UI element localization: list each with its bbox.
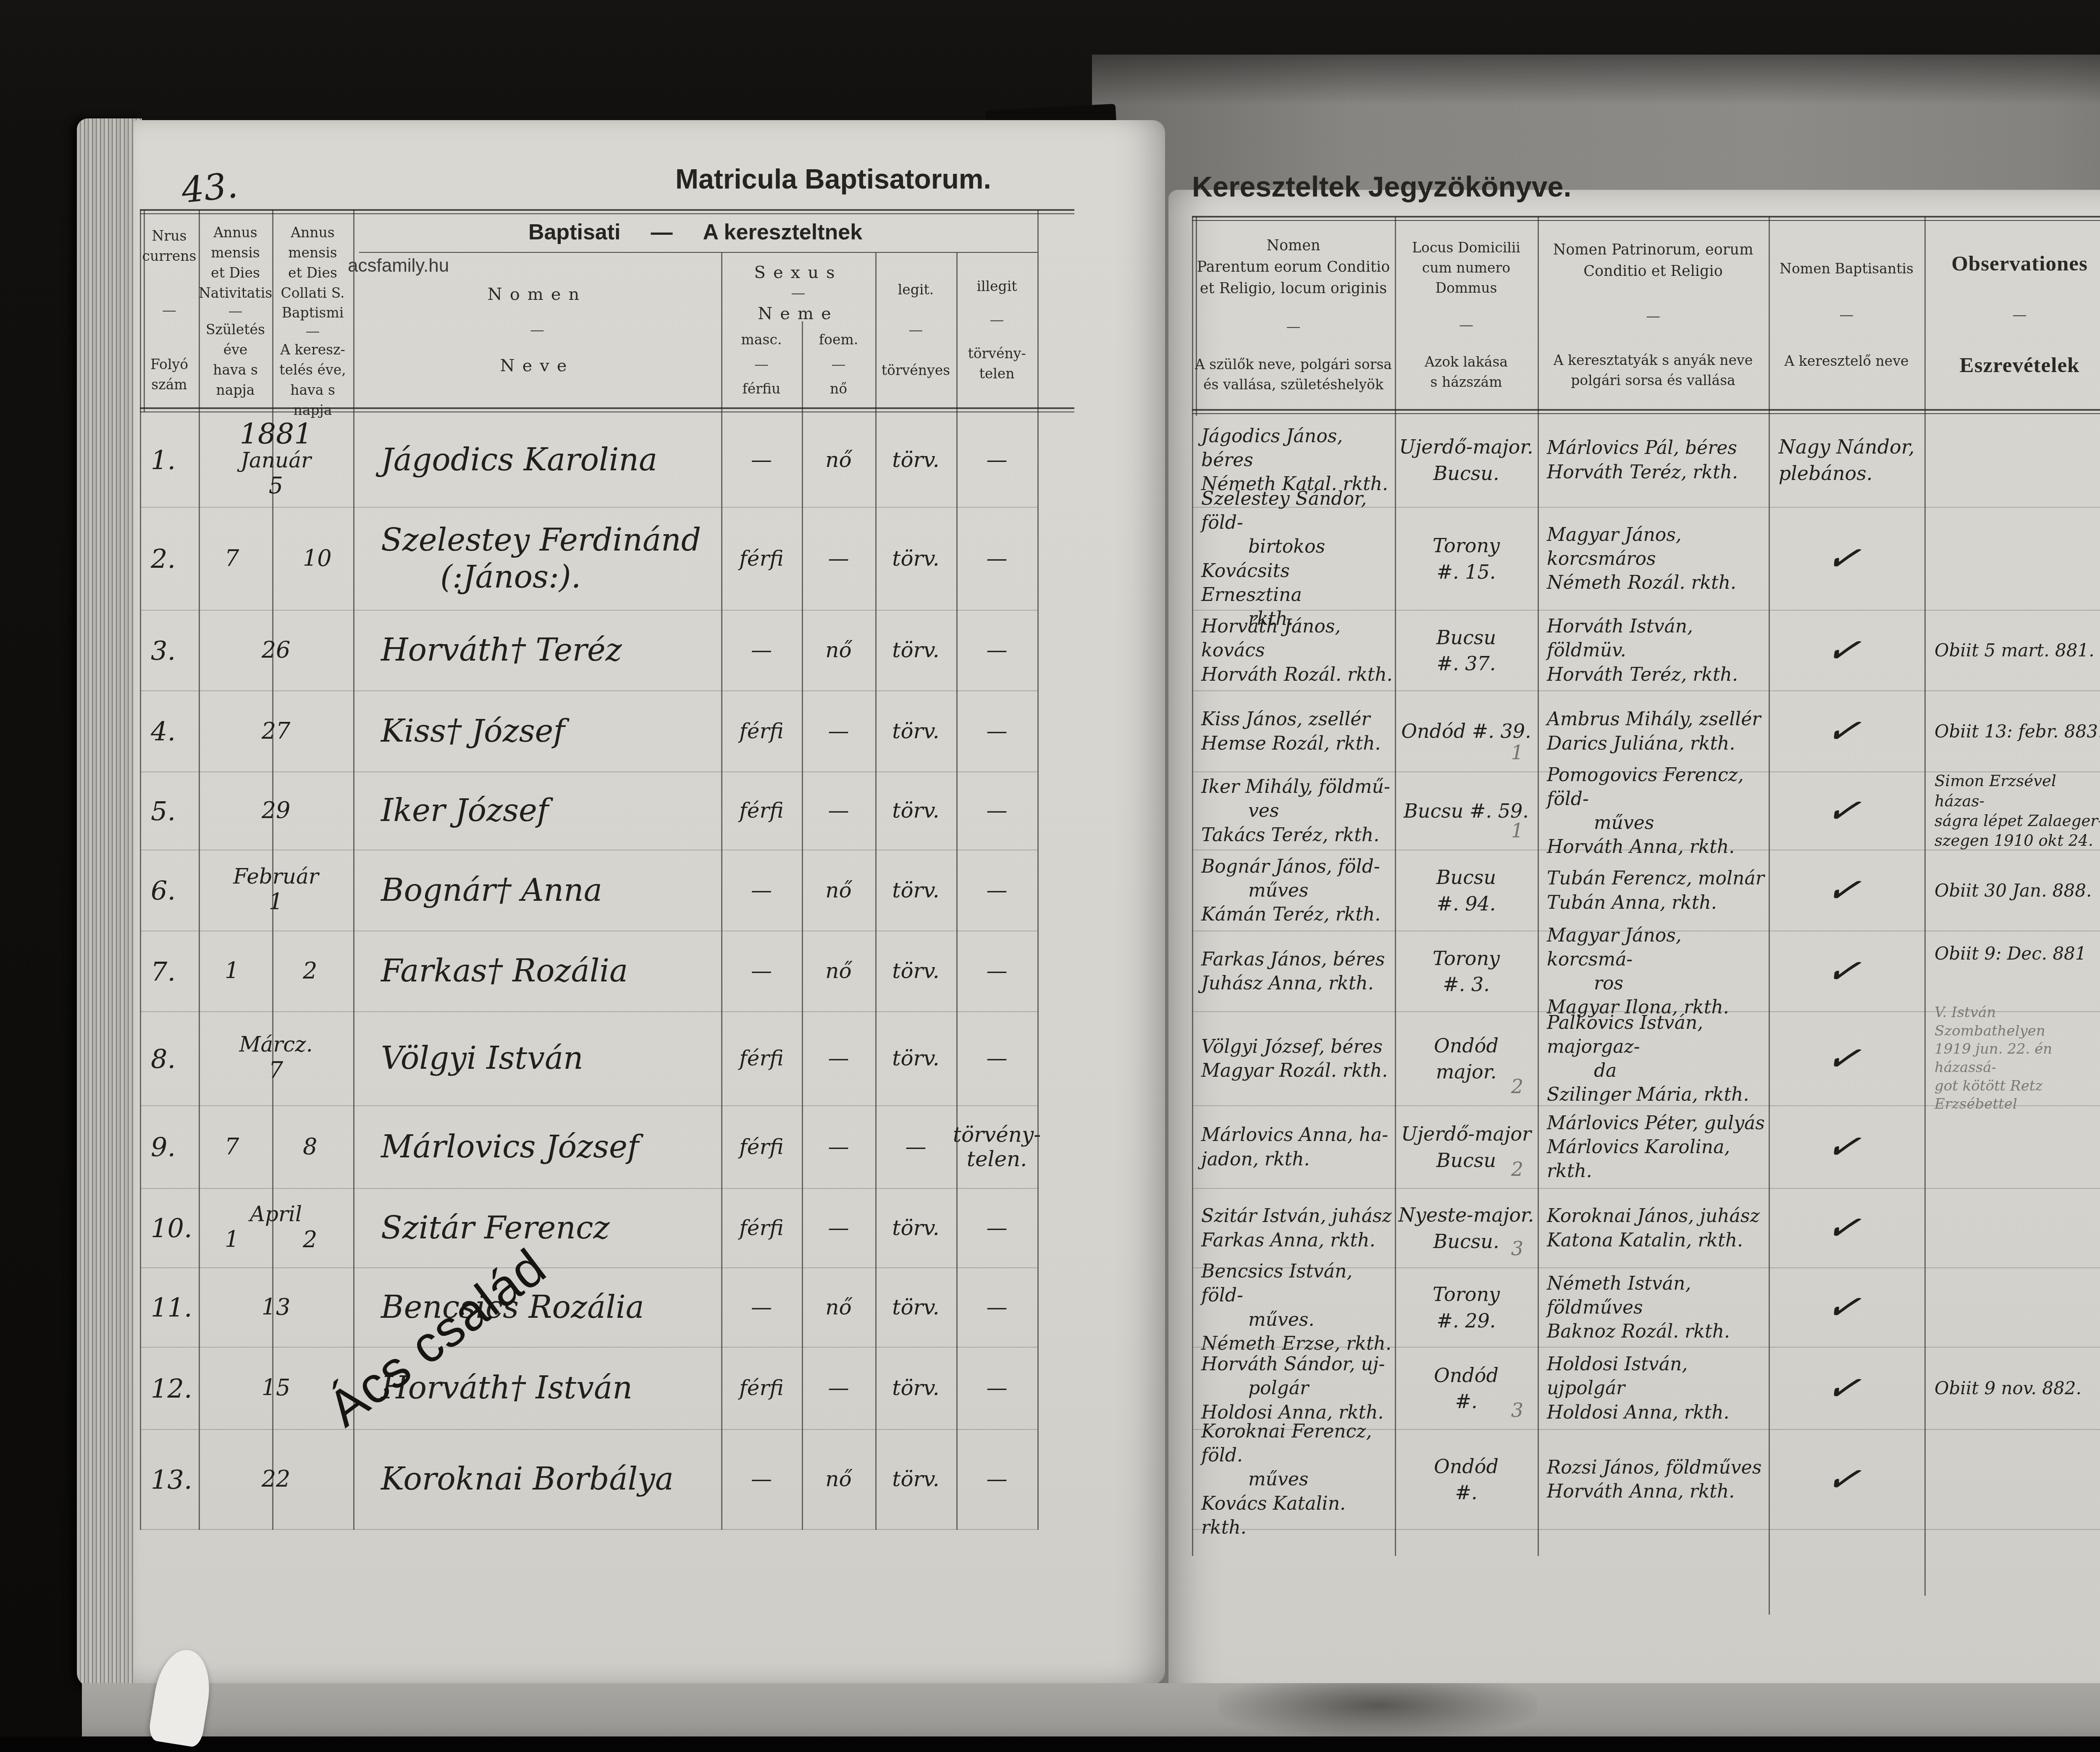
legitimate: törv. [875, 931, 956, 1011]
parents: Bencsics István, föld- műves. Németh Erz… [1192, 1268, 1395, 1347]
baptizer-cell: ✓ [1769, 1106, 1924, 1188]
sex-male: — [721, 611, 802, 690]
page-stack-edges [77, 118, 142, 1687]
sex-male: — [721, 413, 802, 507]
checkmark: ✓ [1820, 787, 1873, 835]
day-values: 1 2 [199, 1226, 353, 1254]
register-row-left: 9. 7 8 Márlovics József férfi — — törvén… [140, 1106, 1037, 1189]
header-col-godparents: Nomen Patrinorum, eorum Conditio et Reli… [1538, 221, 1769, 409]
header-col-sexus: Sexus — Neme [721, 253, 875, 321]
pencil-number: 2 [1511, 1156, 1523, 1182]
year-value: 1881 [239, 420, 312, 448]
checkmark: ✓ [1820, 1034, 1873, 1083]
register-row-right: Kiss János, zsellér Hemse Rozál, rkth. O… [1192, 691, 2100, 772]
row-number: 7. [140, 931, 199, 1011]
checkmark: ✓ [1820, 1123, 1873, 1172]
register-row-left: 7. 1 2 Farkas† Rozália — nő törv. — [140, 931, 1037, 1012]
baptizer-name: Nagy Nándor, plebános. [1779, 434, 1915, 486]
pencil-number: 1 [1511, 818, 1523, 844]
residence-text: Torony #. 15. [1433, 532, 1500, 585]
birth-day: 7 [225, 1133, 239, 1160]
day-values: 26 [199, 637, 353, 664]
godparents: Koroknai János, juhász Katona Katalin, r… [1538, 1189, 1769, 1267]
checkmark: ✓ [1820, 1364, 1873, 1413]
child-name: Szelestey Ferdinánd (:János:). [353, 508, 721, 610]
date-cell: 27 [199, 691, 353, 771]
baptism-day: 10 [303, 545, 332, 572]
illegitimate: — [956, 691, 1037, 771]
child-name: Szitár Ferencz [353, 1189, 721, 1267]
sex-male: — [721, 931, 802, 1011]
child-name: Völgyi István [353, 1012, 721, 1105]
baptizer-cell: ✓ [1769, 1348, 1924, 1429]
checkmark: ✓ [1820, 707, 1873, 756]
table-body-left: 1. 1881 Január 5 Jágodics Karolina — nő … [140, 413, 1037, 1530]
pencil-number: 2 [1511, 1073, 1523, 1099]
parents: Szitár István, juhász Farkas Anna, rkth. [1192, 1189, 1395, 1267]
residence-text: Torony #. 29. [1433, 1281, 1500, 1333]
date-cell: 1881 Január 5 [199, 413, 353, 507]
register-row-left: 1. 1881 Január 5 Jágodics Karolina — nő … [140, 413, 1037, 508]
row-number: 8. [140, 1012, 199, 1105]
register-row-right: Szitár István, juhász Farkas Anna, rkth.… [1192, 1189, 2100, 1268]
residence-text: Ujerdő-major. Bucsu. [1399, 434, 1533, 486]
day-values: 27 [199, 718, 353, 745]
godparents: Magyar János, korcsmá- ros Magyar Ilona,… [1538, 931, 1769, 1011]
sex-female: — [802, 1106, 875, 1188]
register-row-left: 11. 13 Bencsics Rozália — nő törv. — [140, 1268, 1037, 1348]
row-number: 6. [140, 850, 199, 931]
baptism-day: 2 [303, 957, 317, 984]
book-scan: 43. Matricula Baptisatorum. Kereszteltek… [0, 0, 2100, 1752]
illegitimate: — [956, 1012, 1037, 1105]
parents: Völgyi József, béres Magyar Rozál. rkth. [1192, 1012, 1395, 1105]
sex-female: — [802, 1189, 875, 1267]
sex-male: férfi [721, 691, 802, 771]
register-row-left: 3. 26 Horváth† Teréz — nő törv. — [140, 611, 1037, 691]
sex-male: — [721, 850, 802, 931]
godparents: Márlovics Pál, béres Horváth Teréz, rkth… [1538, 413, 1769, 507]
residence: Ujerdő-major Bucsu 2 [1395, 1106, 1538, 1188]
sex-male: férfi [721, 508, 802, 610]
date-cell: 26 [199, 611, 353, 690]
checkmark: ✓ [1820, 1283, 1873, 1332]
godparents: Pomogovics Ferencz, föld- műves Horváth … [1538, 772, 1769, 850]
observation [1924, 1268, 2100, 1347]
illegitimate: — [956, 1189, 1037, 1267]
legitimate: törv. [875, 413, 956, 507]
rule [1192, 216, 2100, 218]
register-row-right: Márlovics Anna, ha- jadon, rkth. Ujerdő-… [1192, 1106, 2100, 1189]
header-col-birth: Annus mensis et Dies Nativitatis — Szüle… [199, 213, 272, 407]
register-row-right: Horváth János, kovács Horváth Rozál. rkt… [1192, 611, 2100, 691]
birth-day: 1 [225, 1226, 239, 1253]
observation: Obiit 9 nov. 882. [1924, 1348, 2100, 1429]
header-col-masc: masc. — férfiu [721, 321, 802, 407]
left-page-title: Matricula Baptisatorum. [675, 163, 991, 195]
backing-shade [1092, 55, 2100, 105]
column-line [1037, 210, 1039, 1530]
residence-text: Ondód #. [1434, 1362, 1499, 1414]
day-values: 1 2 [199, 957, 353, 985]
pencil-number: 3 [1511, 1235, 1523, 1262]
residence: Ujerdő-major. Bucsu. [1395, 413, 1538, 507]
bottom-page-block-edge [82, 1683, 2100, 1739]
residence: Bucsu #. 37. [1395, 611, 1538, 690]
residence-text: Bucsu #. 94. [1436, 864, 1496, 916]
single-day: 13 [199, 1294, 353, 1320]
observation: Obiit 30 Jan. 888. [1924, 850, 2100, 931]
residence: Torony #. 15. [1395, 508, 1538, 610]
page-number: 43. [179, 164, 239, 211]
parents: Horváth Sándor, uj- polgár Holdosi Anna,… [1192, 1348, 1395, 1429]
illegitimate: — [956, 772, 1037, 850]
birth-day: 1 [225, 957, 239, 984]
register-row-left: 5. 29 Iker József férfi — törv. — [140, 772, 1037, 850]
illegitimate: — [956, 508, 1037, 610]
godparents: Ambrus Mihály, zsellér Darics Juliána, r… [1538, 691, 1769, 771]
sex-male: férfi [721, 772, 802, 850]
legitimate: törv. [875, 611, 956, 690]
illegitimate: — [956, 1348, 1037, 1429]
observation [1924, 1430, 2100, 1529]
baptizer-cell: ✓ [1769, 691, 1924, 771]
illegitimate: törvény- telen. [956, 1106, 1037, 1188]
residence-text: Bucsu #. 59. [1404, 798, 1529, 824]
child-name: Horváth† Teréz [353, 611, 721, 690]
baptizer-cell: ✓ [1769, 850, 1924, 931]
date-cell: 29 [199, 772, 353, 850]
day-values: 1 [199, 889, 353, 916]
baptizer-cell: ✓ [1769, 611, 1924, 690]
header-col-parents: Nomen Parentum eorum Conditio et Religio… [1192, 221, 1395, 409]
row-number: 3. [140, 611, 199, 690]
single-day: 29 [199, 797, 353, 824]
register-row-left: 12. 15 Horváth† István férfi — törv. — [140, 1348, 1037, 1430]
day-values: 5 [199, 472, 353, 500]
residence-text: Ondód #. [1434, 1453, 1499, 1505]
register-row-left: 6. Február 1 Bognár† Anna — nő törv. — [140, 850, 1037, 931]
right-page-title: Kereszteltek Jegyzökönyve. [1192, 170, 1571, 203]
legitimate: törv. [875, 1189, 956, 1267]
date-cell: 13 [199, 1268, 353, 1347]
illegitimate: — [956, 413, 1037, 507]
legitimate: törv. [875, 508, 956, 610]
baptizer-cell: ✓ [1769, 508, 1924, 610]
header-col-illegit: illegit — törvény- telen [956, 253, 1037, 407]
table-body-right: Jágodics János, béres Németh Katal. rkth… [1192, 413, 2100, 1530]
residence: Torony #. 3. [1395, 931, 1538, 1011]
date-cell: 7 8 [199, 1106, 353, 1188]
month-value: April [250, 1202, 302, 1227]
observation [1924, 1189, 2100, 1267]
godparents: Márlovics Péter, gulyás Márlovics Karoli… [1538, 1106, 1769, 1188]
sex-female: — [802, 772, 875, 850]
birth-day: 7 [225, 545, 239, 572]
sex-male: — [721, 1430, 802, 1529]
register-row-right: Völgyi József, béres Magyar Rozál. rkth.… [1192, 1012, 2100, 1106]
observation: Simon Erzsével házas- ságra lépet Zalaeg… [1924, 772, 2100, 850]
day-values: 22 [199, 1466, 353, 1493]
sex-female: nő [802, 413, 875, 507]
parents: Bognár János, föld- műves Kámán Teréz, r… [1192, 850, 1395, 931]
pencil-number: 3 [1511, 1397, 1523, 1423]
register-row-left: 10. April 1 2 Szitár Ferencz férfi — tör… [140, 1189, 1037, 1268]
sex-female: — [802, 1348, 875, 1429]
godparents: Rozsi János, földműves Horváth Anna, rkt… [1538, 1430, 1769, 1529]
residence: Torony #. 29. [1395, 1268, 1538, 1347]
observation [1924, 413, 2100, 507]
godparents: Magyar János, korcsmáros Németh Rozál. r… [1538, 508, 1769, 610]
row-number: 4. [140, 691, 199, 771]
row-number: 10. [140, 1189, 199, 1267]
parents: Iker Mihály, földmű- ves Takács Teréz, r… [1192, 772, 1395, 850]
sex-male: — [721, 1268, 802, 1347]
single-day: 1 [199, 889, 353, 915]
row-number: 13. [140, 1430, 199, 1529]
row-number: 9. [140, 1106, 199, 1188]
baptizer-cell: Nagy Nándor, plebános. [1769, 413, 1924, 507]
day-values: 7 [199, 1057, 353, 1085]
sex-female: nő [802, 611, 875, 690]
parents: Márlovics Anna, ha- jadon, rkth. [1192, 1106, 1395, 1188]
residence: Ondód #. [1395, 1430, 1538, 1529]
child-name: Iker József [353, 772, 721, 850]
day-values: 7 10 [199, 545, 353, 573]
register-row-right: Horváth Sándor, uj- polgár Holdosi Anna,… [1192, 1348, 2100, 1430]
residence: Ondód #. 3 [1395, 1348, 1538, 1429]
baptism-day: 2 [303, 1226, 317, 1253]
baptizer-cell: ✓ [1769, 1012, 1924, 1105]
child-name: Kiss† József [353, 691, 721, 771]
sex-female: — [802, 508, 875, 610]
bottom-margin [0, 1736, 2100, 1752]
register-row-right: Farkas János, béres Juhász Anna, rkth. T… [1192, 931, 2100, 1012]
checkmark: ✓ [1820, 866, 1873, 915]
rule [140, 209, 1074, 211]
header-col-observations: Observationes — Eszrevételek [1924, 221, 2100, 409]
baptizer-cell: ✓ [1769, 772, 1924, 850]
checkmark: ✓ [1820, 947, 1873, 996]
parents: Koroknai Ferencz, föld. műves Kovács Kat… [1192, 1430, 1395, 1529]
illegitimate: — [956, 1430, 1037, 1529]
baptizer-cell: ✓ [1769, 931, 1924, 1011]
header-col-baptism: Annus mensis et Dies Collati S. Baptismi… [272, 213, 353, 407]
day-values: 29 [199, 797, 353, 825]
checkmark: ✓ [1820, 1455, 1873, 1504]
parents: Farkas János, béres Juhász Anna, rkth. [1192, 931, 1395, 1011]
rule [1192, 409, 2100, 411]
sex-female: nő [802, 1430, 875, 1529]
residence-text: Bucsu #. 37. [1436, 624, 1496, 677]
sex-male: férfi [721, 1348, 802, 1429]
pencil-number: 1 [1511, 740, 1523, 766]
sex-female: — [802, 691, 875, 771]
register-row-right: Bognár János, föld- műves Kámán Teréz, r… [1192, 850, 2100, 931]
single-day: 27 [199, 718, 353, 744]
parents: Horváth János, kovács Horváth Rozál. rkt… [1192, 611, 1395, 690]
residence: Ondód #. 39. 1 [1395, 691, 1538, 771]
register-row-right: Iker Mihály, földmű- ves Takács Teréz, r… [1192, 772, 2100, 850]
legitimate: törv. [875, 772, 956, 850]
header-col-num: Nrus currens — Folyó szám [140, 213, 199, 407]
godparents: Németh István, földműves Baknoz Rozál. r… [1538, 1268, 1769, 1347]
illegitimate: — [956, 611, 1037, 690]
sex-female: — [802, 1012, 875, 1105]
godparents: Tubán Ferencz, molnár Tubán Anna, rkth. [1538, 850, 1769, 931]
godparents: Palkovics István, majorgaz- da Szilinger… [1538, 1012, 1769, 1105]
sex-male: férfi [721, 1106, 802, 1188]
row-number: 1. [140, 413, 199, 507]
legitimate: törv. [875, 691, 956, 771]
illegitimate: — [956, 850, 1037, 931]
residence-text: Ondód major. [1434, 1033, 1499, 1085]
illegitimate: — [956, 931, 1037, 1011]
observation: Obiit 9: Dec. 881 [1924, 931, 2100, 1011]
legitimate: törv. [875, 1430, 956, 1529]
child-name: Koroknai Borbálya [353, 1430, 721, 1529]
date-cell: 7 10 [199, 508, 353, 610]
residence: Nyeste-major. Bucsu. 3 [1395, 1189, 1538, 1267]
legitimate: törv. [875, 1268, 956, 1347]
sex-female: nő [802, 931, 875, 1011]
month-value: Február [233, 865, 318, 889]
single-day: 7 [199, 1057, 353, 1083]
register-row-left: 13. 22 Koroknai Borbálya — nő törv. — [140, 1430, 1037, 1530]
register-row-left: 8. Márcz. 7 Völgyi István férfi — törv. … [140, 1012, 1037, 1106]
godparents: Horváth István, földmüv. Horváth Teréz, … [1538, 611, 1769, 690]
observation [1924, 1106, 2100, 1188]
parents: Kiss János, zsellér Hemse Rozál, rkth. [1192, 691, 1395, 771]
sex-male: férfi [721, 1012, 802, 1105]
observation [1924, 508, 2100, 610]
register-row-left: 4. 27 Kiss† József férfi — törv. — [140, 691, 1037, 772]
residence: Bucsu #. 94. [1395, 850, 1538, 931]
observation: Obiit 5 mart. 881. [1924, 611, 2100, 690]
day-values: 13 [199, 1294, 353, 1322]
single-day: 5 [199, 472, 353, 499]
legitimate: — [875, 1106, 956, 1188]
day-values: 7 8 [199, 1133, 353, 1161]
header-col-foem: foem. — nő [802, 321, 875, 407]
row-number: 2. [140, 508, 199, 610]
observation: V. István Szombathelyen 1919 jun. 22. én… [1924, 1012, 2100, 1105]
row-number: 12. [140, 1348, 199, 1429]
residence-text: Torony #. 3. [1433, 945, 1500, 997]
legitimate: törv. [875, 1012, 956, 1105]
bottom-shadow-patch [1218, 1683, 1537, 1739]
row-number: 11. [140, 1268, 199, 1347]
illegitimate: — [956, 1268, 1037, 1347]
single-day: 22 [199, 1466, 353, 1492]
observation: Obiit 13: febr. 883. [1924, 691, 2100, 771]
child-name: Jágodics Karolina [353, 413, 721, 507]
date-cell: 1 2 [199, 931, 353, 1011]
legitimate: törv. [875, 850, 956, 931]
checkmark: ✓ [1820, 626, 1873, 675]
child-name: Farkas† Rozália [353, 931, 721, 1011]
watermark-site: acsfamily.hu [348, 255, 449, 276]
band-title: Baptisati — A kereszteltnek [353, 212, 1037, 252]
header-col-residence: Locus Domicilii cum numero Dommus — Azok… [1395, 221, 1538, 409]
residence: Bucsu #. 59. 1 [1395, 772, 1538, 850]
sex-female: nő [802, 1268, 875, 1347]
residence: Ondód major. 2 [1395, 1012, 1538, 1105]
date-cell: Február 1 [199, 850, 353, 931]
month-value: Január [241, 448, 311, 473]
parents: Szelestey Sándor, föld- birtokos Kovácsi… [1192, 508, 1395, 610]
checkmark: ✓ [1820, 1204, 1873, 1253]
register-row-right: Szelestey Sándor, föld- birtokos Kovácsi… [1192, 508, 2100, 611]
child-name: Bognár† Anna [353, 850, 721, 931]
baptizer-cell: ✓ [1769, 1189, 1924, 1267]
header-col-legit: legit. — törvényes [875, 253, 956, 407]
date-cell: April 1 2 [199, 1189, 353, 1267]
row-number: 5. [140, 772, 199, 850]
month-value: Márcz. [239, 1033, 312, 1057]
baptizer-cell: ✓ [1769, 1430, 1924, 1529]
checkmark: ✓ [1820, 535, 1873, 583]
header-col-baptizer: Nomen Baptisantis — A keresztelő neve [1769, 221, 1924, 409]
baptizer-cell: ✓ [1769, 1268, 1924, 1347]
child-name: Márlovics József [353, 1106, 721, 1188]
sex-male: férfi [721, 1189, 802, 1267]
date-cell: Márcz. 7 [199, 1012, 353, 1105]
sex-female: nő [802, 850, 875, 931]
godparents: Holdosi István, ujpolgár Holdosi Anna, r… [1538, 1348, 1769, 1429]
single-day: 26 [199, 637, 353, 663]
legitimate: törv. [875, 1348, 956, 1429]
register-row-right: Koroknai Ferencz, föld. műves Kovács Kat… [1192, 1430, 2100, 1530]
date-cell: 22 [199, 1430, 353, 1529]
baptism-day: 8 [303, 1133, 317, 1160]
register-row-left: 2. 7 10 Szelestey Ferdinánd (:János:). f… [140, 508, 1037, 611]
register-row-right: Bencsics István, föld- műves. Németh Erz… [1192, 1268, 2100, 1348]
